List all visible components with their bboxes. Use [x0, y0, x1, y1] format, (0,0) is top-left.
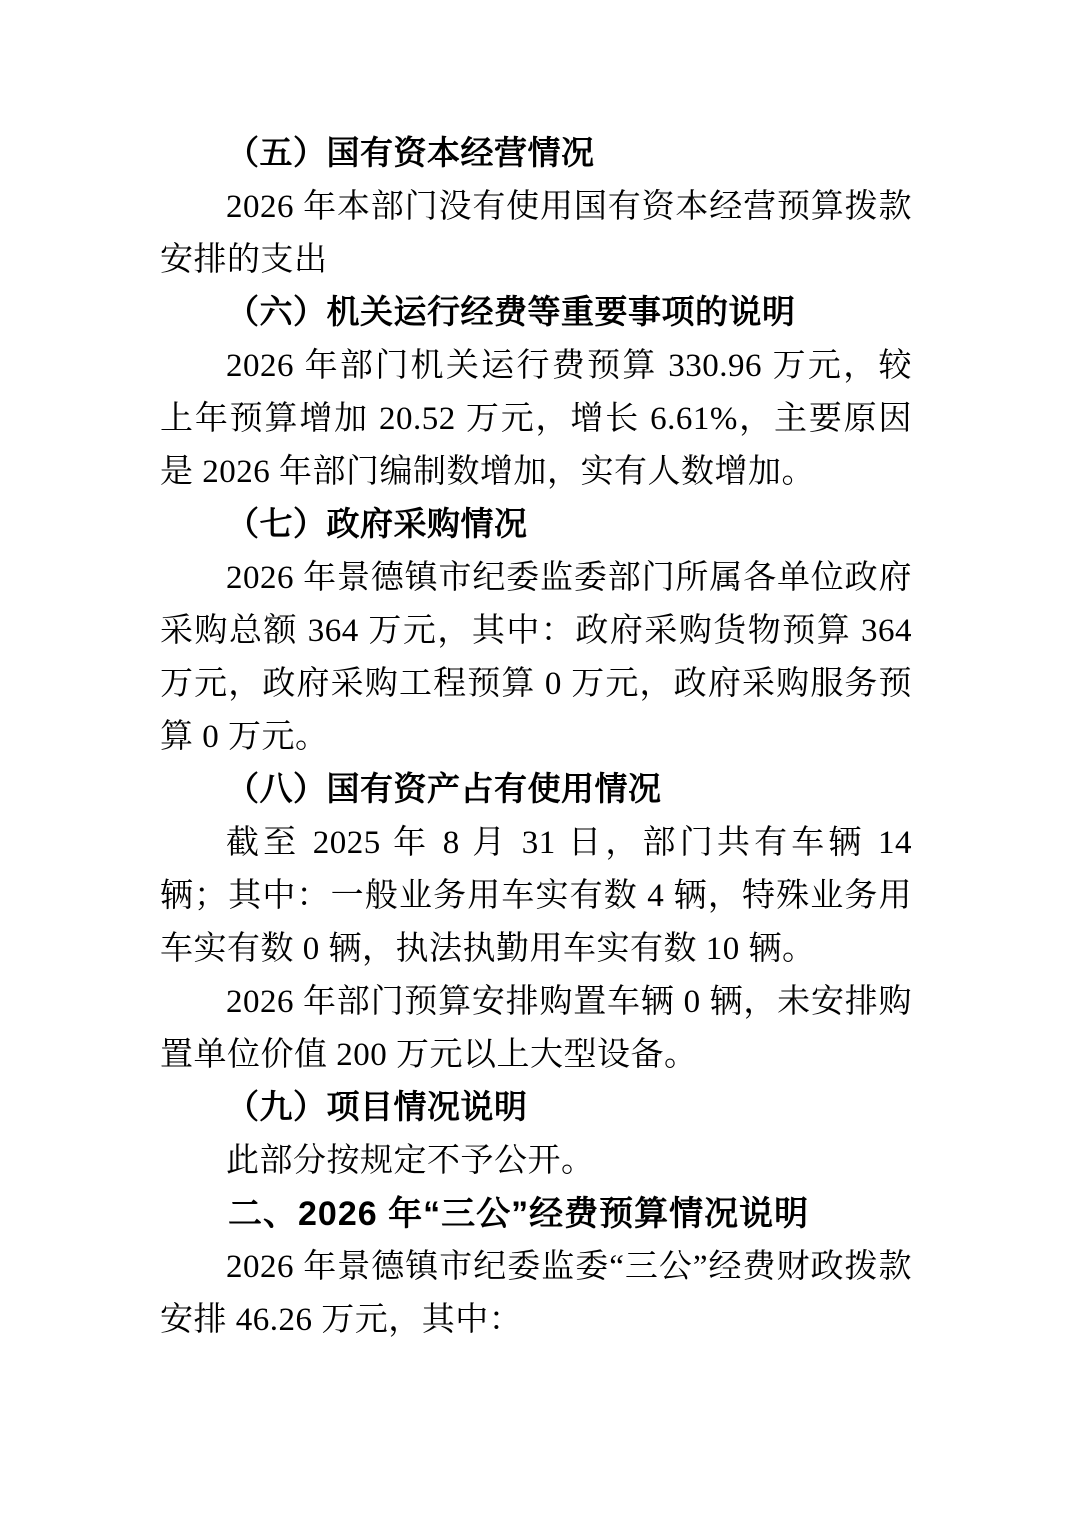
heading-project-information: （九）项目情况说明 — [160, 1082, 912, 1135]
para-state-capital-operations: 2026 年本部门没有使用国有资本经营预算拨款安排的支出 — [160, 181, 912, 287]
heading-state-capital-operations: （五）国有资本经营情况 — [160, 128, 912, 181]
para-three-public-funds: 2026 年景德镇市纪委监委“三公”经费财政拨款安排 46.26 万元，其中： — [160, 1241, 912, 1347]
para-vehicle-purchase-plan: 2026 年部门预算安排购置车辆 0 辆，未安排购置单位价值 200 万元以上大… — [160, 976, 912, 1082]
para-vehicle-holdings: 截至 2025 年 8 月 31 日，部门共有车辆 14 辆；其中：一般业务用车… — [160, 817, 912, 976]
para-agency-operating-expenses: 2026 年部门机关运行费预算 330.96 万元，较上年预算增加 20.52 … — [160, 340, 912, 499]
heading-three-public-funds: 二、2026 年“三公”经费预算情况说明 — [160, 1188, 912, 1241]
heading-agency-operating-expenses: （六）机关运行经费等重要事项的说明 — [160, 287, 912, 340]
document-content: （五）国有资本经营情况 2026 年本部门没有使用国有资本经营预算拨款安排的支出… — [160, 128, 912, 1347]
para-government-procurement: 2026 年景德镇市纪委监委部门所属各单位政府采购总额 364 万元，其中：政府… — [160, 552, 912, 764]
document-page: （五）国有资本经营情况 2026 年本部门没有使用国有资本经营预算拨款安排的支出… — [0, 0, 1074, 1520]
heading-state-assets-usage: （八）国有资产占有使用情况 — [160, 764, 912, 817]
heading-government-procurement: （七）政府采购情况 — [160, 499, 912, 552]
para-project-information: 此部分按规定不予公开。 — [160, 1135, 912, 1188]
